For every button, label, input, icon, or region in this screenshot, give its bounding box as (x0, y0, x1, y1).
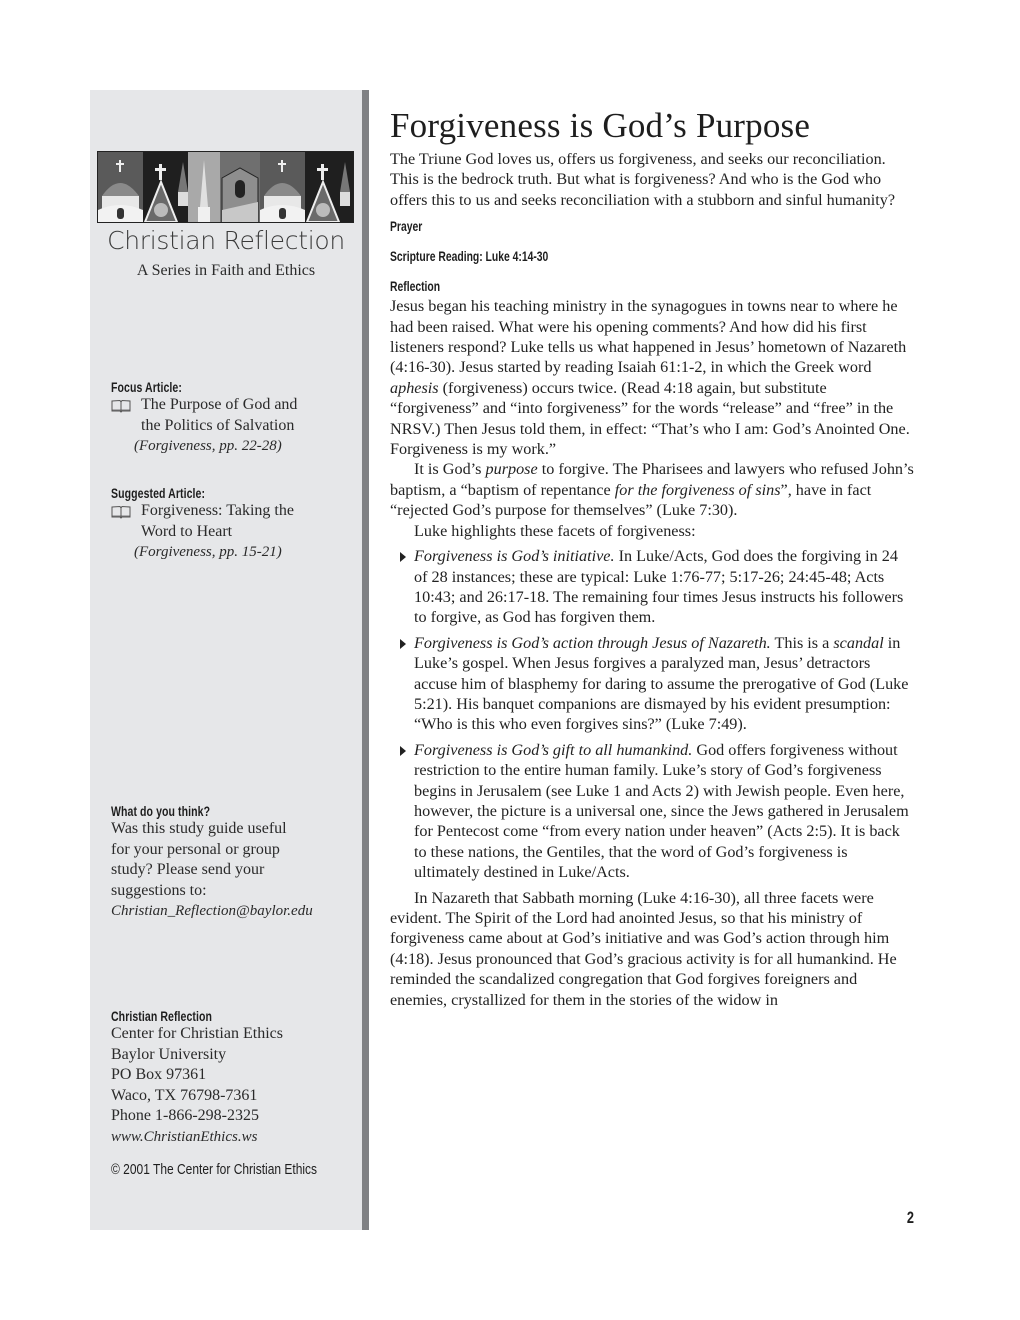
reflection-paragraph: Luke highlights these facets of forgiven… (390, 521, 915, 541)
list-item-lead: Forgiveness is God’s action through Jesu… (414, 634, 771, 652)
main-content: Forgiveness is God’s Purpose The Triune … (390, 104, 915, 1010)
list-item: Forgiveness is God’s gift to all humanki… (390, 740, 915, 883)
copyright-notice: © 2001 The Center for Christian Ethics (111, 1161, 303, 1178)
emphasis-text: scandal (833, 634, 883, 652)
page-title: Forgiveness is God’s Purpose (390, 104, 915, 148)
brand-title: Christian Reflection (90, 226, 362, 255)
triangle-bullet-icon (400, 552, 406, 562)
feedback-line: Was this study guide useful (111, 819, 351, 840)
feedback-line: study? Please send your (111, 860, 351, 881)
sidebar-divider (362, 90, 369, 1230)
list-item: Forgiveness is God’s action through Jesu… (390, 633, 915, 735)
brand-subtitle: A Series in Faith and Ethics (90, 262, 362, 280)
contact-line: Waco, TX 76798-7361 (111, 1086, 351, 1107)
emphasis-text: for the forgiveness of sins (615, 481, 781, 499)
book-icon (111, 505, 131, 519)
contact-heading: Christian Reflection (111, 1009, 298, 1024)
text-run: (forgiveness) occurs twice. (Read 4:18 a… (390, 379, 910, 458)
list-item-lead: Forgiveness is God’s gift to all humanki… (414, 741, 692, 759)
text-run: It is God’s (414, 460, 486, 478)
focus-article-source: (Forgiveness, pp. 22-28) (111, 436, 351, 456)
contact-website-link[interactable]: www.ChristianEthics.ws (111, 1127, 351, 1148)
triangle-bullet-icon (400, 639, 406, 649)
suggested-article-section: Suggested Article: Forgiveness: Taking t… (111, 486, 351, 562)
focus-article-title-line2: the Politics of Salvation (141, 416, 297, 437)
contact-line: PO Box 97361 (111, 1065, 351, 1086)
prayer-heading: Prayer (390, 216, 779, 236)
reflection-heading: Reflection (390, 276, 779, 296)
list-item-text: God offers forgiveness without restricti… (414, 741, 909, 881)
feedback-heading: What do you think? (111, 804, 298, 819)
feedback-line: suggestions to: (111, 881, 351, 902)
contact-line: Center for Christian Ethics (111, 1024, 351, 1045)
triangle-bullet-icon (400, 746, 406, 756)
suggested-article-title-line1: Forgiveness: Taking the (141, 501, 294, 522)
book-icon (111, 399, 131, 413)
closing-paragraph: In Nazareth that Sabbath morning (Luke 4… (390, 888, 915, 1010)
focus-article-title-line1: The Purpose of God and (141, 395, 297, 416)
list-item-text: This is a (771, 634, 834, 652)
contact-section: Christian Reflection Center for Christia… (111, 1009, 351, 1178)
emphasis-text: aphesis (390, 379, 439, 397)
feedback-email-link[interactable]: Christian_Reflection@baylor.edu (111, 901, 351, 922)
intro-paragraph: The Triune God loves us, offers us forgi… (390, 149, 915, 210)
contact-line: Baylor University (111, 1045, 351, 1066)
reflection-paragraph: It is God’s purpose to forgive. The Phar… (390, 459, 915, 520)
suggested-article-title-line2: Word to Heart (141, 522, 294, 543)
focus-article-link[interactable]: The Purpose of God and the Politics of S… (111, 395, 351, 436)
feedback-section: What do you think? Was this study guide … (111, 804, 351, 922)
suggested-article-source: (Forgiveness, pp. 15-21) (111, 542, 351, 562)
reflection-paragraph: Jesus began his teaching ministry in the… (390, 296, 915, 459)
contact-phone: Phone 1-866-298-2325 (111, 1106, 351, 1127)
scripture-reading-heading: Scripture Reading: Luke 4:14-30 (390, 246, 779, 266)
emphasis-text: purpose (486, 460, 538, 478)
church-steeples-banner-image (97, 151, 354, 223)
banner-image (98, 152, 353, 222)
facets-list: Forgiveness is God’s initiative. In Luke… (390, 546, 915, 883)
feedback-line: for your personal or group (111, 840, 351, 861)
page-number: 2 (889, 1208, 915, 1228)
list-item-lead: Forgiveness is God’s initiative. (414, 547, 615, 565)
focus-article-section: Focus Article: The Purpose of God and th… (111, 380, 351, 456)
focus-article-heading: Focus Article: (111, 380, 298, 395)
text-run: Jesus began his teaching ministry in the… (390, 297, 906, 376)
suggested-article-link[interactable]: Forgiveness: Taking the Word to Heart (111, 501, 351, 542)
list-item: Forgiveness is God’s initiative. In Luke… (390, 546, 915, 628)
suggested-article-heading: Suggested Article: (111, 486, 298, 501)
